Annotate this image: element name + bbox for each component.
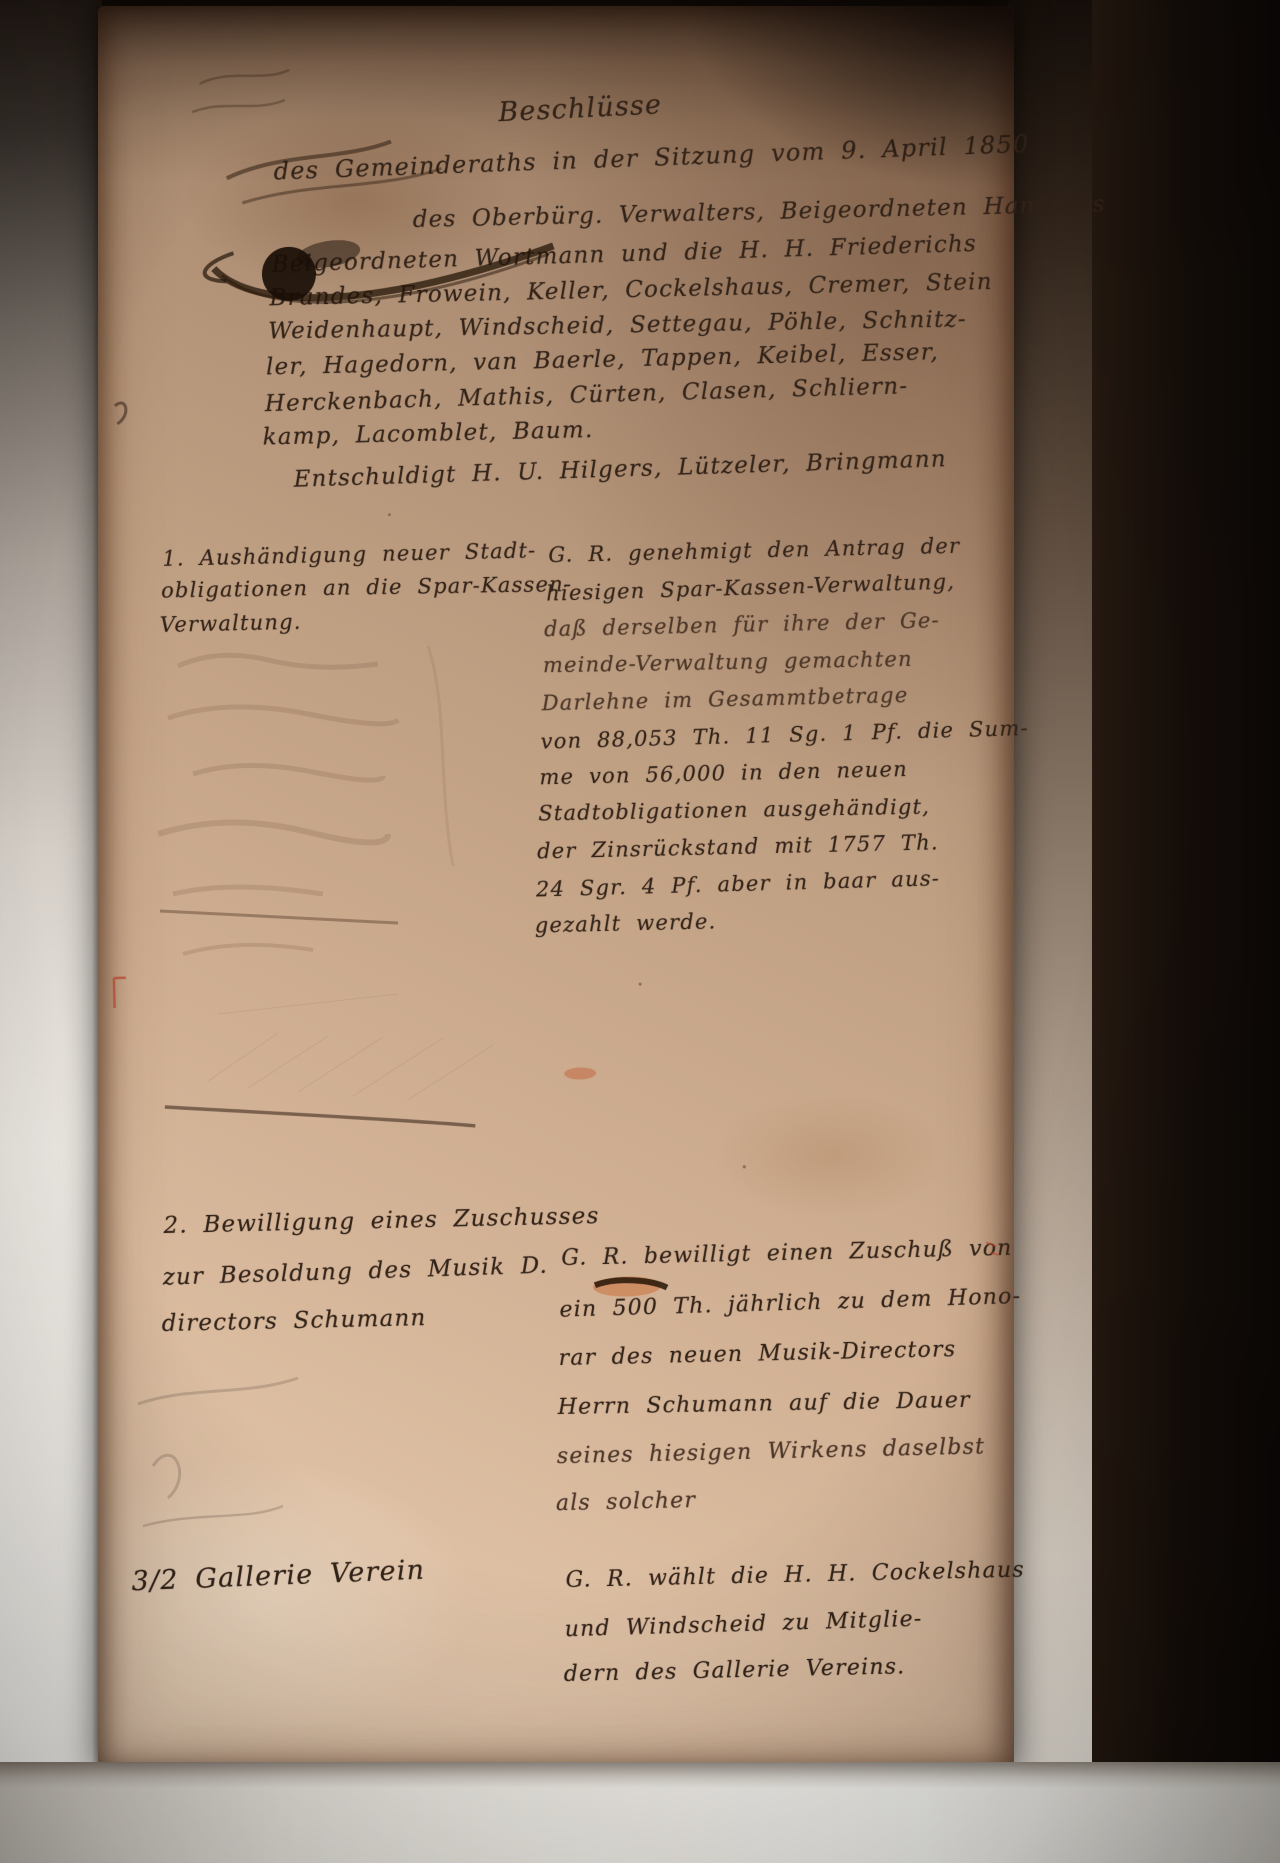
ink-blot-and-flourish — [78, 0, 1034, 1784]
handwritten-text-layer: Beschlüsse des Gemeinderaths in der Sitz… — [78, 0, 1034, 1784]
display-case-right — [1092, 0, 1280, 1800]
frame-mat-bottom — [0, 1762, 1280, 1863]
ink-specks — [387, 469, 825, 1176]
underline-stroke — [165, 1100, 476, 1133]
margin-number-mark — [115, 403, 126, 424]
manuscript-paper: Beschlüsse des Gemeinderaths in der Sitz… — [98, 6, 1014, 1774]
museum-photo: Beschlüsse des Gemeinderaths in der Sitz… — [0, 0, 1280, 1863]
red-margin-marks — [114, 958, 999, 1308]
